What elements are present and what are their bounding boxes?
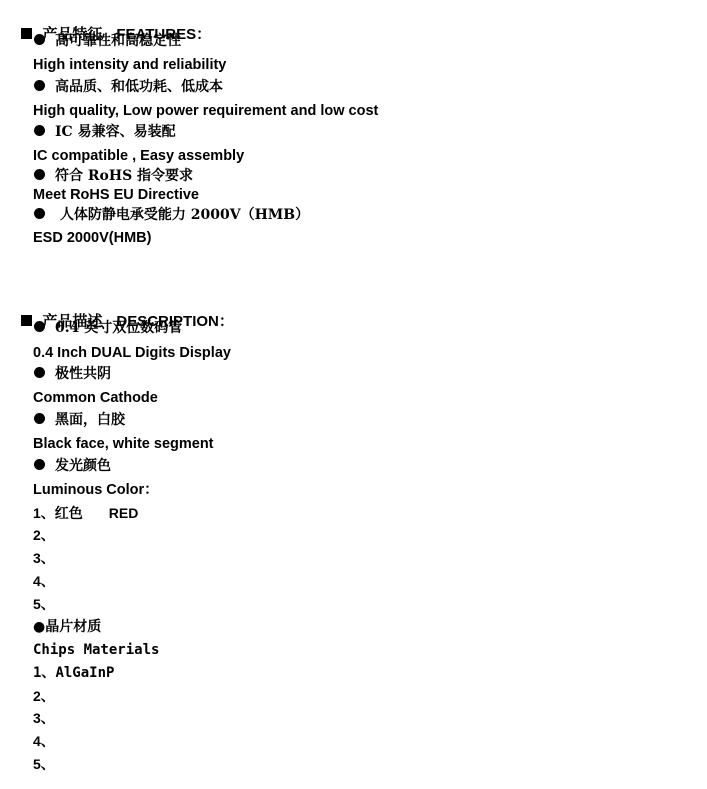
feature-item-en: High intensity and reliability (33, 58, 226, 73)
description-item-zh: 发光颜色 (34, 459, 111, 473)
color-item: 4、 (33, 574, 55, 588)
feature-zh-text: 高品质、和低功耗、低成本 (55, 79, 223, 95)
chip-item: 4、 (33, 734, 55, 748)
feature-zh-text: IC 易兼容、易装配 (55, 124, 176, 140)
color-zh: 红色 (55, 506, 83, 522)
bullet-icon (34, 413, 45, 424)
bullet-icon (34, 169, 45, 180)
description-item-en: Common Cathode (33, 391, 158, 406)
feature-item-zh: 符合 RoHS 指令要求 (34, 169, 193, 183)
feature-item-en: IC compatible , Easy assembly (33, 149, 244, 164)
bullet-icon (34, 34, 45, 45)
chip-item: 2、 (33, 689, 55, 703)
description-zh-text: 0.4 英寸双位数码管 (55, 320, 182, 336)
feature-item-en: High quality, Low power requirement and … (33, 104, 378, 119)
chips-heading-en: Chips Materials (33, 643, 159, 657)
feature-item-en: Meet RoHS EU Directive (33, 188, 199, 203)
description-item-en: Black face, white segment (33, 437, 214, 452)
color-item: 1、红色RED (33, 506, 138, 521)
feature-item-zh: 人体防静电承受能力 2000V（HMB） (34, 208, 309, 222)
bullet-icon (34, 80, 45, 91)
color-en: RED (109, 505, 139, 521)
feature-item-zh: 高品质、和低功耗、低成本 (34, 80, 223, 94)
feature-zh-text: 人体防静电承受能力 2000V（HMB） (55, 207, 309, 223)
feature-item-zh: IC 易兼容、易装配 (34, 125, 176, 139)
description-item-zh: 黑面，白胶 (34, 413, 125, 427)
feature-zh-text: 符合 RoHS 指令要求 (55, 168, 193, 184)
color-item: 2、 (33, 528, 55, 542)
description-item-zh: 极性共阴 (34, 367, 111, 381)
bullet-icon (34, 125, 45, 136)
description-item-zh: 0.4 英寸双位数码管 (34, 321, 182, 335)
chips-heading: ●晶片材质 (33, 620, 101, 634)
description-zh-text: 发光颜色 (55, 458, 111, 474)
feature-item-en: ESD 2000V(HMB) (33, 231, 151, 246)
description-item-en: Luminous Color： (33, 483, 159, 498)
feature-item-zh: 高可靠性和高稳定性 (34, 34, 181, 48)
color-number: 1、 (33, 505, 55, 521)
chip-item: 1、AlGaInP (33, 666, 114, 680)
bullet-icon (34, 321, 45, 332)
description-item-en: 0.4 Inch DUAL Digits Display (33, 346, 231, 361)
bullet-icon (34, 208, 45, 219)
chip-value: AlGaInP (55, 665, 114, 681)
color-item: 3、 (33, 551, 55, 565)
square-bullet-icon (21, 315, 32, 326)
feature-zh-text: 高可靠性和高稳定性 (55, 33, 181, 49)
square-bullet-icon (21, 28, 32, 39)
chip-item: 5、 (33, 757, 55, 771)
chip-number: 1、 (33, 665, 55, 681)
bullet-icon (34, 459, 45, 470)
color-item: 5、 (33, 597, 55, 611)
chip-item: 3、 (33, 711, 55, 725)
description-zh-text: 黑面，白胶 (55, 412, 125, 428)
bullet-icon (34, 367, 45, 378)
description-zh-text: 极性共阴 (55, 366, 111, 382)
